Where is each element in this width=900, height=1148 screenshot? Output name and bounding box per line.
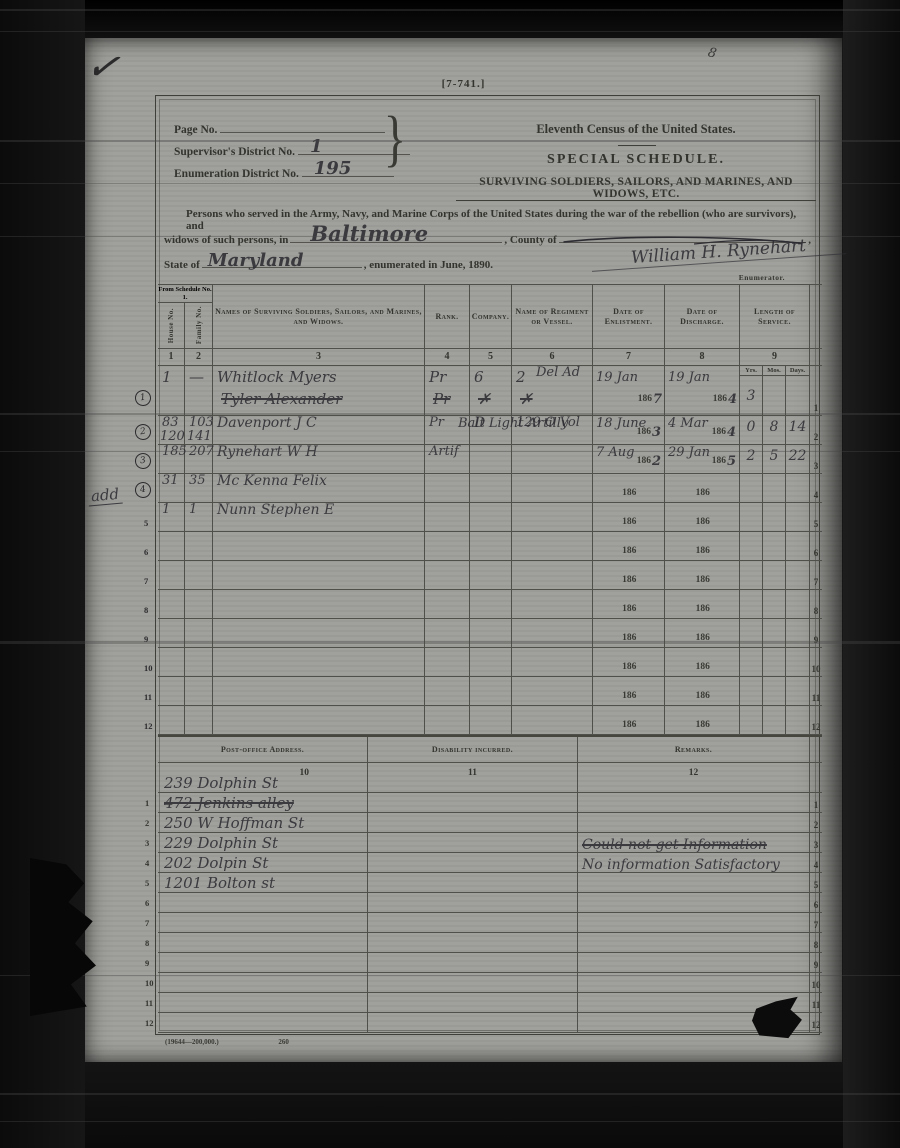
mos-cell <box>763 474 786 502</box>
column-number: 5 <box>470 349 512 365</box>
family-no-header: Family No. <box>195 306 203 344</box>
discharge-header: Date of Discharge. <box>665 285 740 348</box>
family-number: 1 <box>189 502 197 517</box>
address-row: 88 <box>158 933 822 953</box>
address-cell: 472 Jenkins alley <box>158 793 368 812</box>
family-number-alt: 141 <box>187 429 212 444</box>
census-title: Eleventh Census of the United States. <box>456 122 816 137</box>
remarks-cell <box>578 933 810 952</box>
company-cell <box>470 532 512 560</box>
header-brace: } <box>384 104 406 175</box>
address-cell <box>158 933 368 952</box>
mos-cell: 5 <box>763 445 786 473</box>
rownum-cell: 7 <box>810 561 822 589</box>
place-blank: Baltimore <box>290 231 502 243</box>
address-cell: 229 Dolphin St <box>158 833 368 852</box>
remarks-cell <box>578 813 810 832</box>
address-cell <box>158 993 368 1012</box>
rownum-cell: 6 <box>810 893 822 912</box>
name-cell <box>213 561 425 589</box>
discharge-cell: 186 <box>665 590 740 618</box>
address-value: 472 Jenkins alley <box>164 794 294 812</box>
rank-cell <box>425 561 470 589</box>
photo-margin-right <box>843 0 900 1148</box>
preprinted-year: 1867 <box>638 392 662 407</box>
schedule-subtitle-wrap: SURVIVING SOLDIERS, SAILORS, AND MARINES… <box>456 176 816 202</box>
preprinted-year: 1863 <box>637 425 661 440</box>
discharge-cell: 186 <box>665 532 740 560</box>
company-value: 6 <box>474 368 484 386</box>
house-cell: 1 <box>158 366 185 415</box>
preprinted-year: 186 <box>622 662 636 672</box>
rownum-cell: 9 <box>810 619 822 647</box>
service-sub-label: Mos. <box>763 366 785 376</box>
address-cell <box>158 893 368 912</box>
enlist-cell: 186 <box>593 677 665 705</box>
address-row: 4202 Dolpin StNo information Satisfactor… <box>158 853 822 873</box>
disability-cell <box>368 893 578 912</box>
rownum-cell: 4 <box>810 853 822 872</box>
row-number: 12 <box>810 722 822 732</box>
soldier-row: 283120103141Davenport J CPrD129 O Vol18 … <box>158 416 822 445</box>
preprinted-year: 186 <box>696 575 710 585</box>
house-cell: 31 <box>158 474 185 502</box>
enlist-date: 19 Jan <box>596 370 638 385</box>
address-row: 99 <box>158 953 822 973</box>
row-left-number: 11 <box>144 692 152 702</box>
preprinted-year: 186 <box>622 691 636 701</box>
mos-cell: Mos. <box>763 366 786 415</box>
days-cell <box>786 648 810 676</box>
company-cell <box>470 474 512 502</box>
row-left-number: 8 <box>145 938 149 948</box>
soldiers-table: From Schedule No. 1. House No. Family No… <box>158 284 822 735</box>
days-cell <box>786 561 810 589</box>
discharge-cell: 186 <box>665 503 740 531</box>
company-cell: 6✗ <box>470 366 512 415</box>
company-cell <box>470 503 512 531</box>
soldier-row: 511Nunn Stephen E1861865 <box>158 503 822 532</box>
form-number: [7-741.] <box>85 78 842 90</box>
preprinted-year-text: 186 <box>622 488 636 498</box>
preprinted-year: 186 <box>696 720 710 730</box>
mos-cell <box>763 648 786 676</box>
row-number-header <box>810 737 822 762</box>
mos-cell: 8 <box>763 416 786 444</box>
disability-cell <box>368 913 578 932</box>
mos-cell <box>763 590 786 618</box>
discharge-cell: 186 <box>665 561 740 589</box>
service-header: Length of Service. <box>740 285 810 348</box>
column-number: 12 <box>578 768 809 778</box>
soldier-name: Whitlock Myers <box>217 368 337 386</box>
discharge-cell: 29 Jan1865 <box>665 445 740 473</box>
rank-cell <box>425 706 470 734</box>
family-cell: 1 <box>185 503 213 531</box>
days-cell <box>786 590 810 618</box>
address-cell <box>158 1013 368 1032</box>
rank-cell <box>425 590 470 618</box>
company-cell <box>470 677 512 705</box>
address-cell: 250 W Hoffman St <box>158 813 368 832</box>
address-row: 10239 Dolphin St1112 <box>158 763 822 793</box>
row-left-number: 5 <box>145 878 149 888</box>
schedule-subtitle: SURVIVING SOLDIERS, SAILORS, AND MARINES… <box>456 176 816 201</box>
family-cell <box>185 706 213 734</box>
regiment-value: 2 <box>516 368 526 386</box>
mos-value: 5 <box>770 448 779 464</box>
column-number: 3 <box>213 349 425 365</box>
row-left-number: 9 <box>144 634 148 644</box>
address-table-header: Post-office Address. Disability incurred… <box>158 737 822 763</box>
soldier-row: 71861867 <box>158 561 822 590</box>
supervisor-label: Supervisor's District No. <box>174 146 295 158</box>
remarks-cell <box>578 793 810 812</box>
enumeration-value: 195 <box>314 158 352 179</box>
rank-cell <box>425 474 470 502</box>
family-cell: — <box>185 366 213 415</box>
regiment-note: Del Ad <box>536 365 580 380</box>
name-cell: Nunn Stephen E <box>213 503 425 531</box>
rownum-cell: 1 <box>810 366 822 415</box>
preprinted-year: 186 <box>696 517 710 527</box>
state-value: Maryland <box>208 250 304 271</box>
family-cell <box>185 561 213 589</box>
schedule-title: SPECIAL SCHEDULE. <box>456 152 816 168</box>
enlist-cell: 7 Aug1862 <box>593 445 665 473</box>
enumeration-blank: 195 <box>302 165 394 177</box>
days-cell <box>786 532 810 560</box>
remarks-cell: Could not get Information <box>578 833 810 852</box>
rownum-cell: 2 <box>810 416 822 444</box>
family-number: 207 <box>189 444 214 459</box>
family-cell: 207 <box>185 445 213 473</box>
row-number: 9 <box>810 960 822 970</box>
name-cell: Whitlock MyersTyler Alexander <box>213 366 425 415</box>
yrs-cell <box>740 561 763 589</box>
regiment-cell <box>512 706 593 734</box>
rank-value: Artif <box>429 444 459 459</box>
discharge-date: 4 Mar <box>668 416 708 431</box>
mos-value: 8 <box>770 419 779 435</box>
preprinted-year-text: 186 <box>637 427 651 437</box>
address-row: 1010 <box>158 973 822 993</box>
rank-cell <box>425 619 470 647</box>
disability-header: Disability incurred. <box>368 737 578 762</box>
address-row: 3229 Dolphin StCould not get Information… <box>158 833 822 853</box>
preamble-line3: State of Maryland , enumerated in June, … <box>164 256 584 271</box>
days-cell: Days. <box>786 366 810 415</box>
soldiers-table-header: From Schedule No. 1. House No. Family No… <box>158 284 822 349</box>
address-value: 229 Dolphin St <box>164 834 278 852</box>
column-number: 9 <box>740 349 810 365</box>
rank-cell <box>425 648 470 676</box>
family-cell <box>185 619 213 647</box>
print-code: (19644—200,000.) <box>165 1038 219 1046</box>
company-cell <box>470 648 512 676</box>
form-border: Page No. Supervisor's District No. 1 Enu… <box>155 95 820 1035</box>
disability-cell <box>368 873 578 892</box>
name-cell <box>213 648 425 676</box>
family-cell <box>185 590 213 618</box>
rank-value: Pr <box>429 415 444 430</box>
preprinted-year: 186 <box>622 546 636 556</box>
preprinted-year-text: 186 <box>622 604 636 614</box>
soldier-row: 11—Whitlock MyersTyler AlexanderPrPr6✗2D… <box>158 366 822 416</box>
enlist-cell: 186 <box>593 706 665 734</box>
family-number: — <box>189 368 204 386</box>
enlist-year-digit: 2 <box>652 454 661 469</box>
photo-margin-top <box>0 0 900 38</box>
rownum-cell: 11 <box>810 993 822 1012</box>
address-value: 1201 Bolton st <box>164 874 275 892</box>
names-header: Names of Surviving Soldiers, Sailors, an… <box>213 285 425 348</box>
discharge-cell: 19 Jan1864 <box>665 366 740 415</box>
house-cell <box>158 532 185 560</box>
address-rows: 10239 Dolphin St11121472 Jenkins alley12… <box>158 763 822 1033</box>
enlistment-header: Date of Enlistment. <box>593 285 665 348</box>
name-cell <box>213 706 425 734</box>
discharge-cell: 186 <box>665 648 740 676</box>
preprinted-year-text: 186 <box>712 427 726 437</box>
row-left-number: 12 <box>144 721 153 731</box>
preprinted-year: 186 <box>696 633 710 643</box>
column-number: 11 <box>368 768 577 778</box>
preprinted-year-text: 186 <box>622 517 636 527</box>
days-value: 14 <box>789 419 807 435</box>
soldier-row: 81861868 <box>158 590 822 619</box>
name-cell: Mc Kenna Felix <box>213 474 425 502</box>
column-number: 10 <box>300 768 310 778</box>
days-cell <box>786 706 810 734</box>
rownum-cell <box>810 763 822 792</box>
rank-cell <box>425 532 470 560</box>
preprinted-year: 1864 <box>713 392 737 407</box>
discharge-year-digit: 5 <box>727 454 736 469</box>
preprinted-year-text: 186 <box>696 720 710 730</box>
preprinted-year-text: 186 <box>622 633 636 643</box>
rank-value: Pr <box>429 368 446 386</box>
rownum-cell: 7 <box>810 913 822 932</box>
preprinted-year-text: 186 <box>696 662 710 672</box>
regiment-cell <box>512 474 593 502</box>
days-cell <box>786 619 810 647</box>
row-left-number: 6 <box>144 547 148 557</box>
regiment-header: Name of Regiment or Vessel. <box>512 285 593 348</box>
preprinted-year: 186 <box>622 575 636 585</box>
family-number: 103 <box>189 415 214 430</box>
rownum-cell: 1 <box>810 793 822 812</box>
row-number: 3 <box>810 840 822 850</box>
row-number: 12 <box>810 1020 822 1030</box>
page-no-blank <box>220 121 385 133</box>
soldier-name: Mc Kenna Felix <box>217 473 327 489</box>
rownum-cell: 10 <box>810 973 822 992</box>
yrs-value: 3 <box>747 388 756 404</box>
preprinted-year: 186 <box>696 662 710 672</box>
house-cell: 1 <box>158 503 185 531</box>
disability-cell <box>368 993 578 1012</box>
remarks-cell <box>578 873 810 892</box>
row-number: 4 <box>810 860 822 870</box>
preprinted-year: 186 <box>696 604 710 614</box>
discharge-cell: 4 Mar1864 <box>665 416 740 444</box>
row-number: 2 <box>810 820 822 830</box>
house-number-alt: 120 <box>160 429 185 444</box>
days-cell <box>786 677 810 705</box>
house-number: 31 <box>162 473 179 488</box>
yrs-cell: 2 <box>740 445 763 473</box>
address-value: 250 W Hoffman St <box>164 814 304 832</box>
post-office-header: Post-office Address. <box>158 737 368 762</box>
checkmark-annotation: ✓ <box>83 42 123 92</box>
discharge-date: 29 Jan <box>668 445 710 460</box>
house-cell <box>158 561 185 589</box>
address-cell <box>158 953 368 972</box>
address-cell: 202 Dolpin St <box>158 853 368 872</box>
address-row: 1472 Jenkins alley1 <box>158 793 822 813</box>
row-number: 1 <box>810 800 822 810</box>
preamble-line2-prefix: widows of such persons, in <box>164 234 288 246</box>
row-number: 7 <box>810 577 822 587</box>
row-number: 9 <box>810 635 822 645</box>
preprinted-year-text: 186 <box>696 604 710 614</box>
row-number: 5 <box>810 519 822 529</box>
rownum-cell: 6 <box>810 532 822 560</box>
enlist-cell: 186 <box>593 532 665 560</box>
remarks-cell: No information Satisfactory <box>578 853 810 872</box>
address-row: 77 <box>158 913 822 933</box>
rownum-cell: 10 <box>810 648 822 676</box>
row-left-number: 3 <box>134 452 152 470</box>
house-cell: 185 <box>158 445 185 473</box>
name-cell <box>213 590 425 618</box>
remarks-cell <box>578 913 810 932</box>
mos-cell <box>763 532 786 560</box>
preprinted-year: 186 <box>622 517 636 527</box>
company-cell <box>470 706 512 734</box>
regiment-scribble: ✗ <box>520 390 533 408</box>
soldier-name-struck: Tyler Alexander <box>221 390 342 408</box>
enlist-cell: 186 <box>593 619 665 647</box>
soldier-row: 1018618610 <box>158 648 822 677</box>
discharge-year-digit: 4 <box>728 392 737 407</box>
name-cell: Rynehart W H <box>213 445 425 473</box>
row-number: 8 <box>810 606 822 616</box>
remarks-header: Remarks. <box>578 737 810 762</box>
row-left-number: 10 <box>145 978 154 988</box>
house-number: 1 <box>162 368 172 386</box>
soldier-row: 1118618611 <box>158 677 822 706</box>
row-number: 8 <box>810 940 822 950</box>
column-number: 2 <box>185 349 213 365</box>
soldier-row: 1218618612 <box>158 706 822 735</box>
mos-cell <box>763 706 786 734</box>
soldier-row: 61861866 <box>158 532 822 561</box>
yrs-cell <box>740 590 763 618</box>
address-cell: 10239 Dolphin St <box>158 763 368 792</box>
family-cell: 35 <box>185 474 213 502</box>
yrs-cell <box>740 706 763 734</box>
preprinted-year-text: 186 <box>696 633 710 643</box>
row-number: 4 <box>810 490 822 500</box>
preprinted-year-text: 186 <box>712 456 726 466</box>
soldier-name: Davenport J C <box>217 415 317 431</box>
row-left-number: 7 <box>145 918 149 928</box>
place-value: Baltimore <box>310 221 428 246</box>
company-scribble: ✗ <box>478 390 491 408</box>
rownum-cell: 8 <box>810 933 822 952</box>
row-left-number: 1 <box>145 798 149 808</box>
page-no-label: Page No. <box>174 124 217 136</box>
row-number: 6 <box>810 900 822 910</box>
preprinted-year-text: 186 <box>696 575 710 585</box>
enlist-cell: 186 <box>593 474 665 502</box>
days-cell <box>786 474 810 502</box>
row-number-header <box>810 285 822 348</box>
company-cell <box>470 590 512 618</box>
state-label: State of <box>164 259 200 271</box>
mos-cell <box>763 619 786 647</box>
enlist-cell: 186 <box>593 590 665 618</box>
disability-cell <box>368 933 578 952</box>
remarks-cell: 12 <box>578 763 810 792</box>
county-label: , County of <box>504 234 556 246</box>
rownum-cell: 5 <box>810 873 822 892</box>
soldiers-rows: 11—Whitlock MyersTyler AlexanderPrPr6✗2D… <box>158 366 822 735</box>
address-row: 51201 Bolton st5 <box>158 873 822 893</box>
enlist-year-digit: 7 <box>653 392 662 407</box>
house-cell <box>158 648 185 676</box>
column-number: 7 <box>593 349 665 365</box>
census-form-page: [7-741.] Page No. Supervisor's District … <box>85 38 842 1062</box>
supervisor-line: Supervisor's District No. 1 <box>174 143 410 158</box>
address-row: 2250 W Hoffman St2 <box>158 813 822 833</box>
schedule-ref-column-group: From Schedule No. 1. House No. Family No… <box>158 285 213 348</box>
enlist-cell: 19 Jan1867 <box>593 366 665 415</box>
preprinted-year-text: 186 <box>713 394 727 404</box>
rownum-cell: 5 <box>810 503 822 531</box>
discharge-cell: 186 <box>665 619 740 647</box>
preprinted-year-text: 186 <box>638 394 652 404</box>
days-cell: 14 <box>786 416 810 444</box>
rownum-cell: 2 <box>810 813 822 832</box>
disability-cell <box>368 973 578 992</box>
mos-cell <box>763 677 786 705</box>
remarks-value: No information Satisfactory <box>582 857 780 873</box>
service-sub-label: Days. <box>786 366 809 376</box>
margin-note: add <box>87 485 123 507</box>
house-no-header-cell: House No. <box>158 303 185 348</box>
yrs-cell: 0 <box>740 416 763 444</box>
enlist-cell: 186 <box>593 503 665 531</box>
rownum-cell: 8 <box>810 590 822 618</box>
name-cell <box>213 619 425 647</box>
soldier-row: 91861869 <box>158 619 822 648</box>
disability-cell <box>368 853 578 872</box>
column-number-blank <box>810 349 822 365</box>
preprinted-year-text: 186 <box>622 546 636 556</box>
rownum-cell: 4 <box>810 474 822 502</box>
address-cell <box>158 973 368 992</box>
column-number: 6 <box>512 349 593 365</box>
discharge-year-digit: 4 <box>727 425 736 440</box>
preprinted-year-text: 186 <box>696 517 710 527</box>
address-row: 1212 <box>158 1013 822 1033</box>
column-number: 4 <box>425 349 470 365</box>
name-cell <box>213 532 425 560</box>
yrs-cell: Yrs.3 <box>740 366 763 415</box>
